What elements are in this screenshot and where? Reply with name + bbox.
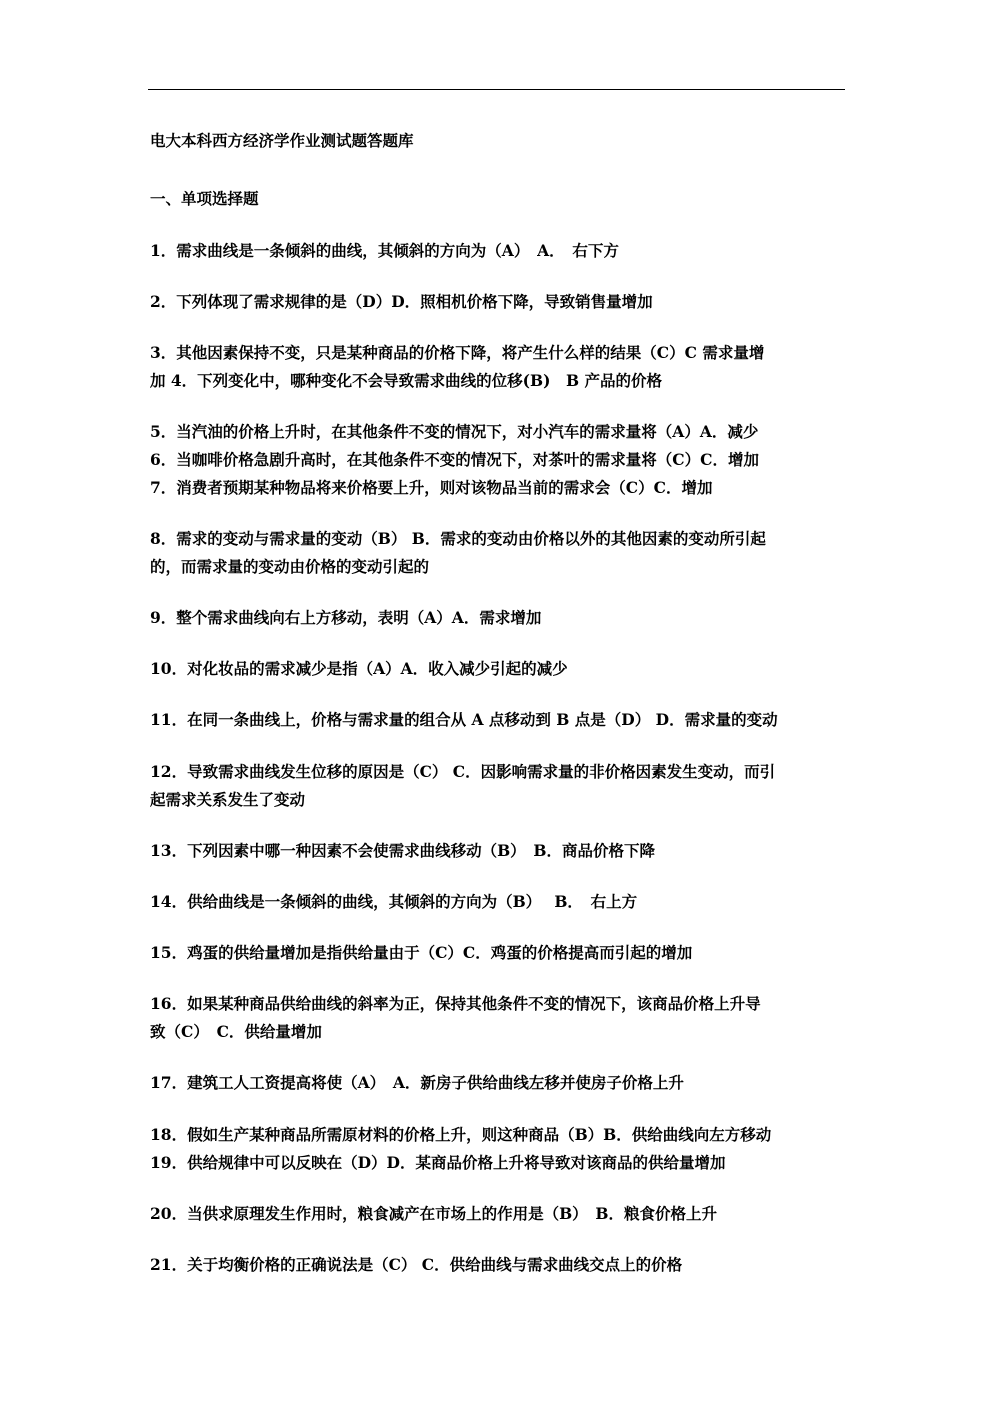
document-title: 电大本科西方经济学作业测试题答题库 <box>150 131 845 151</box>
question-20: 20．当供求原理发生作用时，粮食减产在市场上的作用是（B） B．粮食价格上升 <box>150 1204 845 1224</box>
question-1: 1．需求曲线是一条倾斜的曲线，其倾斜的方向为（A） A． 右下方 <box>150 241 845 261</box>
question-7: 7．消费者预期某种物品将来价格要上升，则对该物品当前的需求会（C）C．增加 <box>150 478 845 498</box>
question-15: 15．鸡蛋的供给量增加是指供给量由于（C）C．鸡蛋的价格提高而引起的增加 <box>150 943 845 963</box>
question-8-continuation: 的，而需求量的变动由价格的变动引起的 <box>150 557 845 577</box>
question-21: 21．关于均衡价格的正确说法是（C） C．供给曲线与需求曲线交点上的价格 <box>150 1255 845 1275</box>
question-19: 19．供给规律中可以反映在（D）D．某商品价格上升将导致对该商品的供给量增加 <box>150 1153 845 1173</box>
question-12: 12．导致需求曲线发生位移的原因是（C） C．因影响需求量的非价格因素发生变动，… <box>150 762 845 782</box>
question-16-continuation: 致（C） C．供给量增加 <box>150 1022 845 1042</box>
question-8: 8．需求的变动与需求量的变动（B） B．需求的变动由价格以外的其他因素的变动所引… <box>150 529 845 549</box>
question-6: 6．当咖啡价格急剧升高时，在其他条件不变的情况下，对茶叶的需求量将（C）C．增加 <box>150 450 845 470</box>
question-3-4-continuation: 加 4．下列变化中，哪种变化不会导致需求曲线的位移(B) B 产品的价格 <box>150 371 845 391</box>
question-5: 5．当汽油的价格上升时，在其他条件不变的情况下，对小汽车的需求量将（A）A．减少 <box>150 422 845 442</box>
question-3: 3．其他因素保持不变，只是某种商品的价格下降，将产生什么样的结果（C）C 需求量… <box>150 343 845 363</box>
question-2: 2．下列体现了需求规律的是（D）D．照相机价格下降，导致销售量增加 <box>150 292 845 312</box>
question-10: 10．对化妆品的需求减少是指（A）A．收入减少引起的减少 <box>150 659 845 679</box>
question-11: 11．在同一条曲线上，价格与需求量的组合从 A 点移动到 B 点是（D） D．需… <box>150 710 845 730</box>
section-heading: 一、单项选择题 <box>150 189 845 209</box>
header-rule <box>148 89 845 90</box>
question-9: 9．整个需求曲线向右上方移动，表明（A）A．需求增加 <box>150 608 845 628</box>
question-16: 16．如果某种商品供给曲线的斜率为正，保持其他条件不变的情况下，该商品价格上升导 <box>150 994 845 1014</box>
question-14: 14．供给曲线是一条倾斜的曲线，其倾斜的方向为（B） B． 右上方 <box>150 892 845 912</box>
question-17: 17．建筑工人工资提高将使（A） A．新房子供给曲线左移并使房子价格上升 <box>150 1073 845 1093</box>
question-13: 13．下列因素中哪一种因素不会使需求曲线移动（B） B．商品价格下降 <box>150 841 845 861</box>
question-12-continuation: 起需求关系发生了变动 <box>150 790 845 810</box>
question-18: 18．假如生产某种商品所需原材料的价格上升，则这种商品（B）B．供给曲线向左方移… <box>150 1125 845 1145</box>
